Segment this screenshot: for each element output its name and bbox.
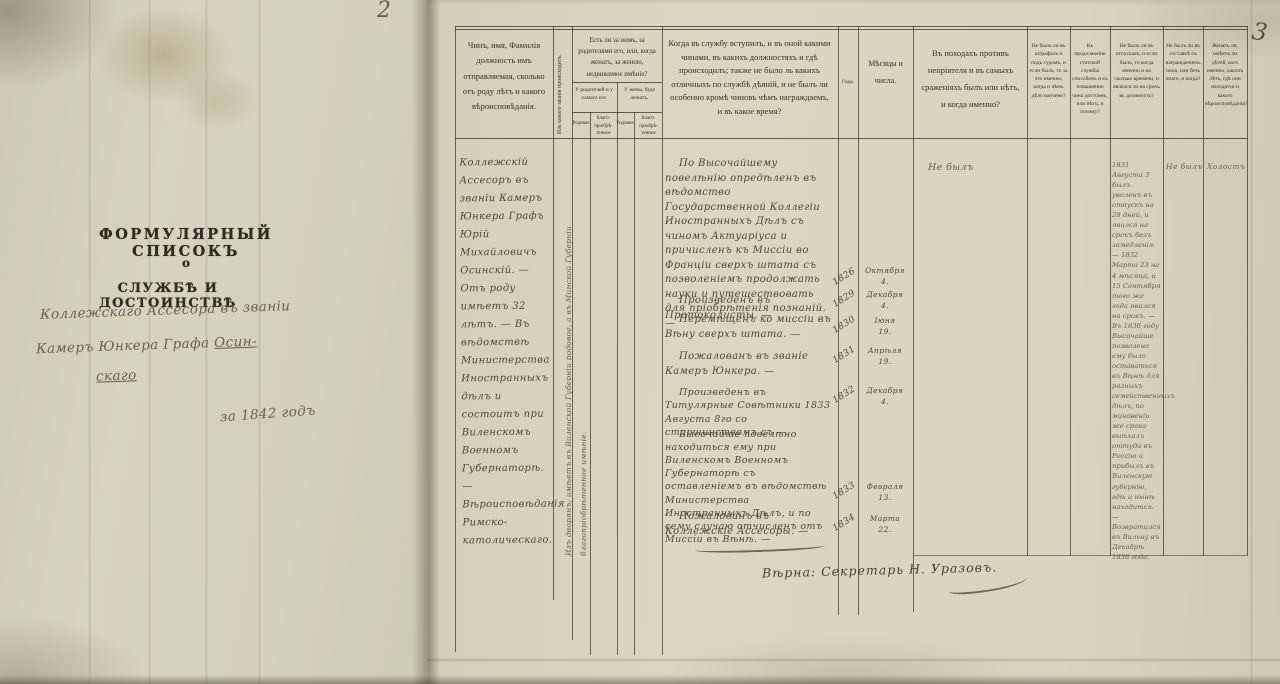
table-rule: [617, 82, 618, 655]
header-estate-ancestral-1: Родовое: [572, 120, 590, 128]
header-rank-name: Чинъ, имя, Фамилія должность имъ отправл…: [460, 38, 548, 114]
header-service-history: Когда въ службу вступилъ, и въ оной каки…: [668, 37, 831, 119]
header-estate-acquired-1: Благо-пріобрѣ-тенное: [591, 115, 616, 138]
page-fold-shadow: [412, 0, 440, 684]
page-number-left: 2: [377, 0, 391, 23]
table-rule: [1247, 26, 1248, 556]
header-years: Годы.: [837, 79, 859, 87]
header-retirement: Не былъ ли въ отставкѣ съ награжденіемъ …: [1165, 42, 1201, 83]
entry-service-record: Пожалованъ въ званіе Камеръ Юнкера. —: [665, 350, 835, 379]
header-leaves: Не былъ ли въ отпускахъ, и если былъ, то…: [1113, 42, 1160, 100]
entry-retirement: Не былъ: [1166, 162, 1203, 171]
document-scan: 2 3 ФОРМУЛЯРНЫЙ СПИСОКЪ о СЛУЖБѢ И ДОСТО…: [0, 0, 1280, 684]
cover-title-line1: ФОРМУЛЯРНЫЙ СПИСОКЪ: [60, 226, 312, 260]
header-origin: Изъ какого званія происходитъ.: [556, 30, 565, 134]
entry-date: Декабря 4.: [859, 290, 911, 311]
table-rule: [634, 112, 635, 655]
header-estate-acquired-2: Благо-пріобрѣ-тенное: [636, 115, 661, 138]
entry-leaves: 1831 Августа 3 былъ уволенъ въ отпускъ н…: [1112, 160, 1162, 562]
entry-date: Іюня 19.: [859, 316, 911, 337]
entry-family: Холостъ: [1207, 162, 1245, 171]
table-rule: [1203, 26, 1204, 556]
table-rule: [455, 26, 456, 652]
paper-crease: [1250, 0, 1253, 684]
table-rule: [1110, 26, 1111, 556]
entry-service-record: Перемѣщенъ ко миссіи въ Вѣну сверхъ штат…: [665, 313, 835, 342]
cover-subject-line2-underlined: Осин-: [214, 334, 257, 351]
cover-subject-line3: скаго: [96, 367, 137, 384]
header-months: Мѣсяцы и числа.: [860, 56, 911, 90]
table-rule: [1070, 26, 1071, 556]
entry-origin-estate: Изъ дворянъ; имѣетъ въ Виленской Губерні…: [561, 154, 591, 556]
entry-date: Октября 4.: [859, 266, 911, 287]
table-rule: [553, 26, 554, 600]
header-estate-ancestral-2: Родовое: [616, 120, 634, 128]
entry-date: Апрѣля 19.: [859, 346, 911, 367]
entry-date: Марта 22.: [859, 514, 911, 535]
table-rule: [455, 29, 1248, 30]
entry-campaigns: Не былъ: [928, 162, 974, 173]
header-family: Женатъ ли, имѣетъ ли дѣтей, кого именно,…: [1205, 42, 1245, 108]
page-edge-shadow: [0, 675, 1280, 684]
header-estate-parents: У родителей и у самаго его: [573, 86, 615, 103]
table-rule: [1163, 26, 1164, 556]
entry-date: Февраля 13.: [859, 482, 911, 503]
cover-title-line2: о: [60, 256, 312, 270]
header-fitness: Къ продолженію статской службы способенъ…: [1072, 42, 1108, 116]
header-estate: Есть ли за нимъ, за родителями его, или,…: [575, 35, 659, 80]
paper-crease: [426, 658, 1280, 662]
table-rule: [455, 138, 1248, 139]
table-rule: [1027, 26, 1028, 556]
header-penalties: Не былъ ли въ штрафахъ и подъ судомъ, и …: [1029, 42, 1068, 100]
header-estate-wife: У жены, буде женатъ,: [619, 86, 660, 103]
table-rule: [455, 26, 1248, 27]
table-rule: [662, 26, 663, 655]
table-rule: [913, 26, 914, 612]
entry-rank-name: Коллежскій Ассесоръ въ званіи Камеръ Юнк…: [459, 154, 551, 551]
header-campaigns: Въ походахъ противъ непріятеля и въ самы…: [921, 45, 1020, 113]
entry-service-record: Пожалованъ въ Коллежскіе Ассесоры. —: [665, 510, 835, 539]
entry-date: Декабря 4.: [859, 386, 911, 407]
table-rule: [913, 555, 1248, 556]
